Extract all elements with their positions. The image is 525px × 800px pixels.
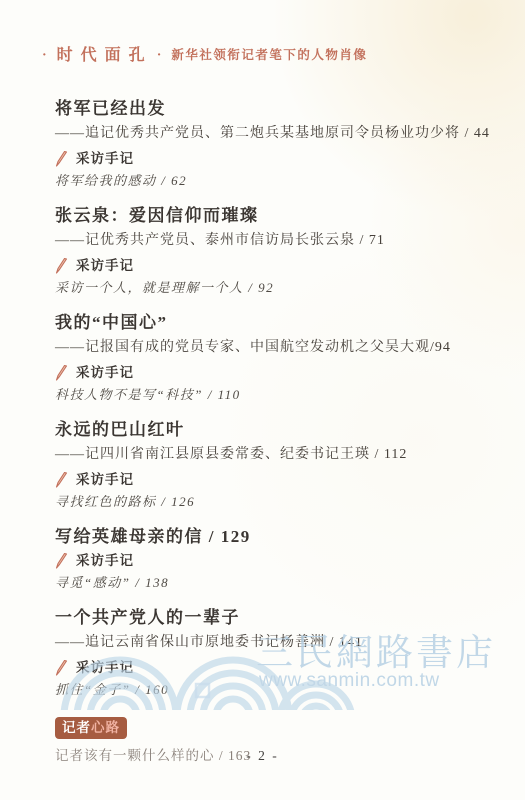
- entry-title: 将军已经出发: [55, 97, 497, 121]
- book-toc-page: ·时代面孔·新华社领衔记者笔下的人物肖像 将军已经出发 ——追记优秀共产党员、第…: [0, 0, 525, 800]
- entry-note: 将军给我的感动 / 62: [55, 171, 497, 191]
- toc-entry: 将军已经出发 ——追记优秀共产党员、第二炮兵某基地原司令员杨业功少将 / 44 …: [55, 97, 497, 191]
- running-header: ·时代面孔·新华社领衔记者笔下的人物肖像: [42, 42, 367, 65]
- book-subtitle: 新华社领衔记者笔下的人物肖像: [171, 48, 367, 62]
- note-label-row: 采访手记: [55, 147, 497, 170]
- toc-entry: 我的“中国心” ——记报国有成的党员专家、中国航空发动机之父吴大观/94 采访手…: [55, 311, 497, 405]
- entry-title: 张云泉：爱因信仰而璀璨: [55, 204, 497, 228]
- note-label-row: 采访手记: [55, 468, 497, 491]
- note-label-text: 采访手记: [76, 254, 134, 277]
- toc-entry: 永远的巴山红叶 ——记四川省南江县原县委常委、纪委书记王瑛 / 112 采访手记…: [55, 418, 497, 512]
- entry-subtitle: ——记优秀共产党员、泰州市信访局长张云泉 / 71: [55, 228, 497, 254]
- toc-entry: 张云泉：爱因信仰而璀璨 ——记优秀共产党员、泰州市信访局长张云泉 / 71 采访…: [55, 204, 497, 298]
- entry-title: 永远的巴山红叶: [55, 418, 497, 442]
- header-bullet-left-icon: ·: [42, 48, 47, 63]
- entry-subtitle: ——追记优秀共产党员、第二炮兵某基地原司令员杨业功少将 / 44: [55, 121, 497, 147]
- pen-icon: [55, 660, 69, 676]
- entry-note: 寻觅“感动” / 138: [55, 573, 497, 593]
- pen-icon: [55, 258, 69, 274]
- entry-title: 一个共产党人的一辈子: [55, 606, 497, 630]
- entry-note: 科技人物不是写“科技” / 110: [55, 385, 497, 405]
- pen-icon: [55, 365, 69, 381]
- page-number: - 2 -: [0, 748, 525, 764]
- entry-note: 抓住“金子” / 160: [55, 680, 497, 700]
- note-label-row: 采访手记: [55, 361, 497, 384]
- toc-entry: 一个共产党人的一辈子 ——追记云南省保山市原地委书记杨善洲 / 141 采访手记…: [55, 606, 497, 700]
- note-label-row: 采访手记: [55, 656, 497, 679]
- note-label-text: 采访手记: [76, 147, 134, 170]
- note-label-text: 采访手记: [76, 468, 134, 491]
- series-title: 时代面孔: [57, 47, 153, 64]
- note-label-text: 采访手记: [76, 361, 134, 384]
- note-label-row: 采访手记: [55, 254, 497, 277]
- entry-subtitle: ——追记云南省保山市原地委书记杨善洲 / 141: [55, 630, 497, 656]
- entry-title: 写给英雄母亲的信 / 129: [55, 525, 497, 549]
- badge-text-primary: 记者: [62, 720, 91, 735]
- table-of-contents: 将军已经出发 ——追记优秀共产党员、第二炮兵某基地原司令员杨业功少将 / 44 …: [55, 97, 497, 766]
- toc-entry: 写给英雄母亲的信 / 129 采访手记 寻觅“感动” / 138: [55, 525, 497, 593]
- entry-note: 采访一个人，就是理解一个人 / 92: [55, 278, 497, 298]
- note-label-row: 采访手记: [55, 549, 497, 572]
- entry-subtitle: ——记四川省南江县原县委常委、纪委书记王瑛 / 112: [55, 442, 497, 468]
- note-label-text: 采访手记: [76, 549, 134, 572]
- entry-title: 我的“中国心”: [55, 311, 497, 335]
- entry-note: 寻找红色的路标 / 126: [55, 492, 497, 512]
- note-label-text: 采访手记: [76, 656, 134, 679]
- entry-subtitle: ——记报国有成的党员专家、中国航空发动机之父吴大观/94: [55, 335, 497, 361]
- pen-icon: [55, 553, 69, 569]
- pen-icon: [55, 472, 69, 488]
- section-badge: 记者心路: [55, 717, 127, 739]
- header-bullet-right-icon: ·: [157, 48, 162, 63]
- badge-text-secondary: 心路: [91, 720, 120, 735]
- pen-icon: [55, 151, 69, 167]
